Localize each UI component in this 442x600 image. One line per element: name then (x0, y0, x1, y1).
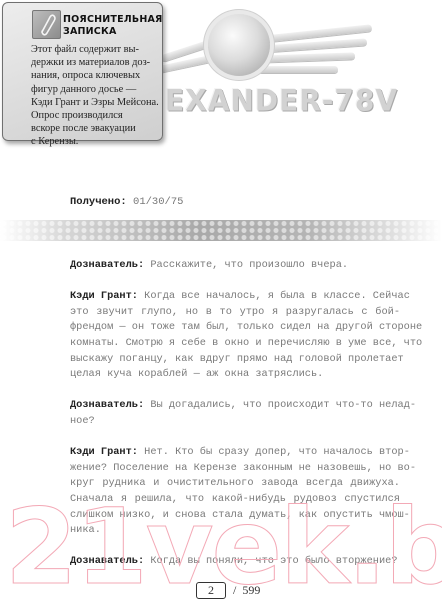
transcript-line: Сначала я решила, что какой-нибудь рудов… (70, 492, 400, 508)
transcript-line: Дознаватель: Когда вы поняли, что это бы… (70, 554, 400, 570)
transcript-line: это звучит глупо, но в то утро я разруга… (70, 305, 400, 321)
received-value: 01/30/75 (133, 196, 183, 208)
line-text: Расскажите, что произошло вчера. (150, 259, 348, 271)
note-body-line: фигур данного досье — (31, 83, 163, 96)
speaker-name: Дознаватель: (70, 259, 144, 271)
page-number-input[interactable]: 2 (196, 582, 226, 599)
note-body-line: Этот файл содержит вы- (31, 43, 163, 56)
note-title: Пояснительная записка (63, 14, 163, 38)
speaker-name: Кэди Грант: (70, 446, 138, 458)
transcript-line: френдом — он тоже там был, только сидел … (70, 320, 400, 336)
total-pages: 599 (242, 583, 260, 598)
speaker-name: Дознаватель: (70, 399, 144, 411)
interrogation-transcript: Дознаватель: Расскажите, что произошло в… (70, 258, 400, 585)
transcript-line: жение? Поселение на Керензе законным не … (70, 461, 400, 477)
paperclip-icon (32, 10, 61, 39)
logo-wing-right (258, 66, 338, 73)
dotted-divider (0, 220, 442, 241)
transcript-line: слишком низко, и снова стала думать, как… (70, 508, 400, 524)
explanatory-note: Пояснительная записка Этот файл содержит… (2, 2, 163, 141)
transcript-line: выскажу поганцу, как вдруг прямо над гол… (70, 352, 400, 368)
note-title-line: записка (63, 26, 163, 38)
transcript-entry: Дознаватель: Расскажите, что произошло в… (70, 258, 400, 274)
transcript-line: Дознаватель: Расскажите, что произошло в… (70, 258, 400, 274)
received-label: Получено: (70, 196, 127, 208)
note-body-line: держки из материалов доз- (31, 56, 163, 69)
speaker-name: Кэди Грант: (70, 290, 138, 302)
note-body-line: с Керензы. (31, 135, 163, 148)
transcript-line: ное? (70, 414, 400, 430)
transcript-line: Кэди Грант: Нет. Кто бы сразу допер, что… (70, 445, 400, 461)
transcript-line: круг рудника и очистительного завода все… (70, 476, 400, 492)
note-body: Этот файл содержит вы- держки из материа… (31, 43, 163, 149)
transcript-entry: Кэди Грант: Нет. Кто бы сразу допер, что… (70, 445, 400, 539)
transcript-line: Кэди Грант: Когда все началось, я была в… (70, 289, 400, 305)
line-text: Когда вы поняли, что это было вторжение? (150, 555, 397, 567)
logo-wing-right (260, 52, 355, 62)
note-body-line: Кэди Грант и Эзры Мейсона. (31, 96, 163, 109)
pager: 2 / 599 (196, 580, 260, 600)
transcript-line: Дознаватель: Вы догадались, что происход… (70, 398, 400, 414)
transcript-entry: Дознаватель: Когда вы поняли, что это бы… (70, 554, 400, 570)
note-body-line: Опрос производился (31, 109, 163, 122)
received-date: Получено: 01/30/75 (70, 196, 183, 208)
transcript-entry: Кэди Грант: Когда все началось, я была в… (70, 289, 400, 383)
page-separator: / (233, 583, 236, 598)
note-body-line: вскоре после эвакуации (31, 122, 163, 135)
line-text: Когда все началось, я была в классе. Сей… (144, 290, 410, 302)
logo-globe-icon (208, 14, 270, 76)
logo-text: EXANDER-78V (165, 83, 398, 118)
note-title-line: Пояснительная (63, 14, 163, 26)
line-text: Нет. Кто бы сразу допер, что началось вт… (144, 446, 410, 458)
note-body-line: нания, опроса ключевых (31, 69, 163, 82)
alexander-78v-logo: EXANDER-78V (150, 6, 430, 116)
transcript-line: ника. (70, 523, 400, 539)
transcript-line: целая куча кораблей — аж окна затряслись… (70, 367, 400, 383)
line-text: Вы догадались, что происходит что-то нел… (150, 399, 416, 411)
transcript-entry: Дознаватель: Вы догадались, что происход… (70, 398, 400, 429)
transcript-line: комнаты. Смотрю я себе в окно и перечисл… (70, 336, 400, 352)
speaker-name: Дознаватель: (70, 555, 144, 567)
